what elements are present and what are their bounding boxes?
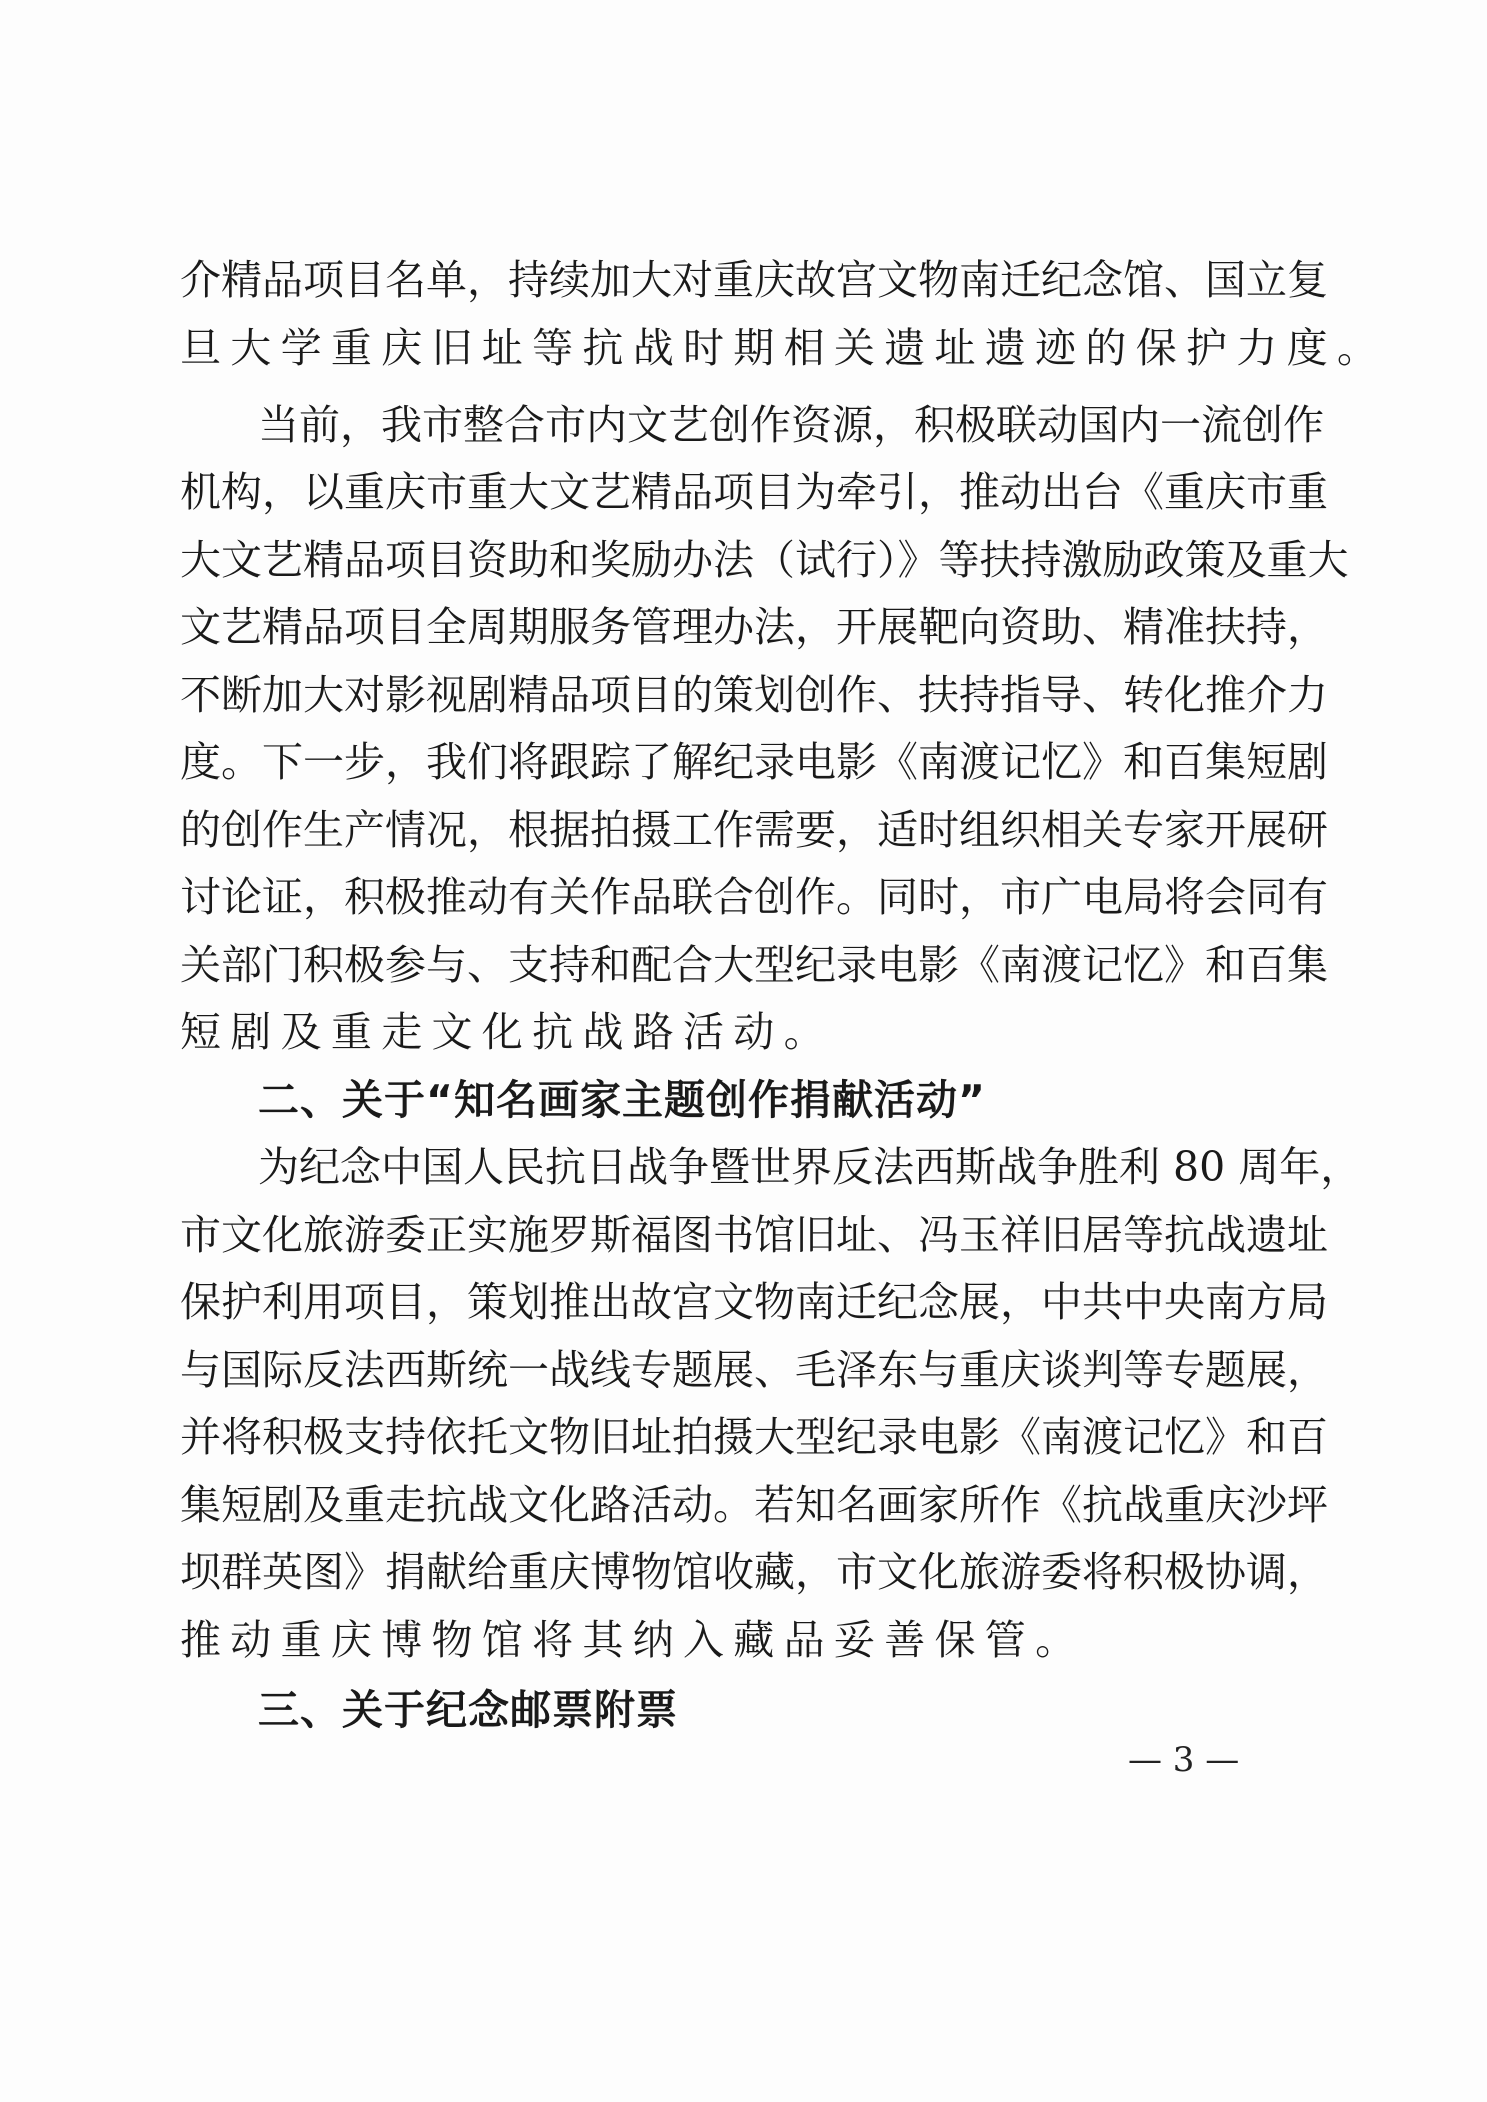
text-line: 为纪念中国人民抗日战争暨世界反法西斯战争胜利 80 周年， <box>258 1137 1310 1197</box>
document-page: 介精品项目名单，持续加大对重庆故宫文物南迁纪念馆、国立复 旦大学重庆旧址等抗战时… <box>0 0 1487 2102</box>
text-line: 讨论证，积极推动有关作品联合创作。同时，市广电局将会同有 <box>180 867 1310 927</box>
page-number: — 3 — <box>1128 1740 1239 1780</box>
text-line: 当前，我市整合市内文艺创作资源，积极联动国内一流创作 <box>258 395 1310 455</box>
text-line: 坝群英图》捐献给重庆博物馆收藏，市文化旅游委将积极协调， <box>180 1542 1310 1602</box>
text-line: 短剧及重走文化抗战路活动。 <box>180 1002 1310 1062</box>
text-line: 机构，以重庆市重大文艺精品项目为牵引，推动出台《重庆市重 <box>180 462 1310 522</box>
text-line: 介精品项目名单，持续加大对重庆故宫文物南迁纪念馆、国立复 <box>180 250 1310 310</box>
text-line: 旦大学重庆旧址等抗战时期相关遗址遗迹的保护力度。 <box>180 318 1310 378</box>
text-line: 度。下一步，我们将跟踪了解纪录电影《南渡记忆》和百集短剧 <box>180 732 1310 792</box>
section-heading: 二、关于“知名画家主题创作捐献活动” <box>258 1070 986 1130</box>
text-line: 集短剧及重走抗战文化路活动。若知名画家所作《抗战重庆沙坪 <box>180 1475 1310 1535</box>
text-line: 的创作生产情况，根据拍摄工作需要，适时组织相关专家开展研 <box>180 800 1310 860</box>
text-line: 保护利用项目，策划推出故宫文物南迁纪念展，中共中央南方局 <box>180 1272 1310 1332</box>
text-line: 推动重庆博物馆将其纳入藏品妥善保管。 <box>180 1610 1310 1670</box>
text-line: 与国际反法西斯统一战线专题展、毛泽东与重庆谈判等专题展， <box>180 1340 1310 1400</box>
section-heading: 三、关于纪念邮票附票 <box>258 1680 678 1740</box>
text-line: 并将积极支持依托文物旧址拍摄大型纪录电影《南渡记忆》和百 <box>180 1407 1310 1467</box>
text-line: 文艺精品项目全周期服务管理办法，开展靶向资助、精准扶持， <box>180 597 1310 657</box>
text-line: 关部门积极参与、支持和配合大型纪录电影《南渡记忆》和百集 <box>180 935 1310 995</box>
text-line: 市文化旅游委正实施罗斯福图书馆旧址、冯玉祥旧居等抗战遗址 <box>180 1205 1310 1265</box>
text-line: 大文艺精品项目资助和奖励办法（试行）》等扶持激励政策及重大 <box>180 530 1310 590</box>
text-line: 不断加大对影视剧精品项目的策划创作、扶持指导、转化推介力 <box>180 665 1310 725</box>
